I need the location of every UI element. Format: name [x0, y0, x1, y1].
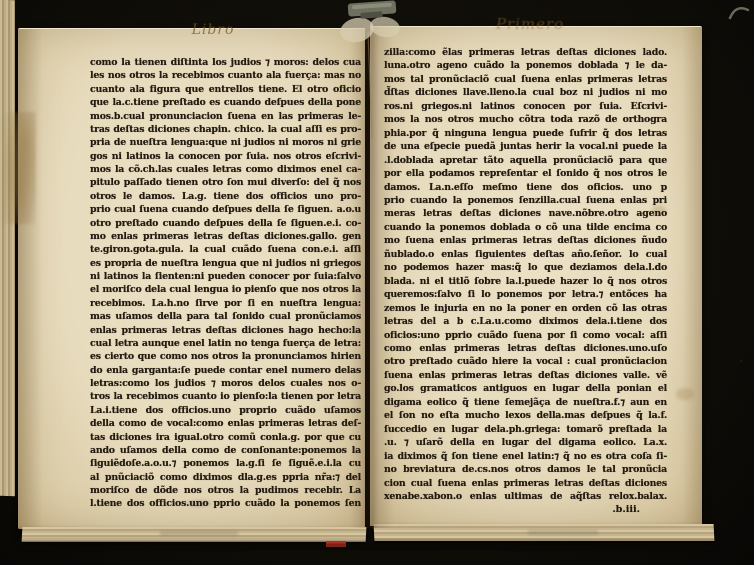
- text-line: cuanto ala figura que entrellos tiene. E…: [90, 83, 361, 96]
- text-line: digama eolico q̃ tiene ſemejãça de nueſt…: [384, 396, 667, 409]
- blind-stamp: [160, 531, 238, 536]
- text-line: como enlas primeras letras deſtas dicion…: [384, 342, 667, 355]
- text-line: ſuena enlas primeras letras deſtas dicio…: [384, 369, 667, 382]
- text-line: La.i.tiene dos officios.uno proprio cuãd…: [90, 404, 361, 417]
- text-line: prio cuando la ponemos ſenzilla.cual ſue…: [384, 194, 667, 207]
- text-line: go.los gramaticos antiguos en lugar dell…: [384, 382, 667, 395]
- text-line: pria de nueſtra lengua:que ni judios ni …: [90, 136, 361, 149]
- text-line: te.giron.gota.gula. la cual cuãdo ſuena …: [90, 243, 361, 256]
- text-line: al pnũciaciõ como diximos dla.g.es ppria…: [90, 471, 361, 484]
- blind-stamp: [528, 530, 598, 535]
- text-line: de una eſpecie puedã juntas herir la voc…: [384, 140, 667, 153]
- text-line: zilla:como ẽlas primeras letras deſtas d…: [384, 46, 667, 59]
- text-line: que la.c.tiene preſtado es cuando deſpue…: [90, 96, 361, 109]
- text-line: queremos:ſalvo ſi lo ponemos por letra.⁊…: [384, 288, 667, 301]
- text-line: otros le damos. La.g. tiene dos officios…: [90, 190, 361, 203]
- text-line: el ſon no eſta mucho lexos della.mas deſ…: [384, 409, 667, 422]
- running-title-left: Libro: [168, 22, 258, 38]
- text-line: cuando la ponemos doblada o cõ una tilde…: [384, 221, 667, 234]
- right-page-text: zilla:como ẽlas primeras letras deſtas d…: [384, 46, 667, 503]
- text-line: otro preſtado cuãdo hiere la vocal : cua…: [384, 355, 667, 368]
- text-line: pitulo paſſado tienen otro ſon mui diver…: [90, 176, 361, 189]
- text-line: mo ſuena enlas primeras letras deſtas di…: [384, 234, 667, 247]
- text-line: otro preſtado cuando deſpues della ſe ſi…: [90, 217, 361, 230]
- text-line: no podemos hazer mas:q̃ lo que deziamos …: [384, 261, 667, 274]
- text-line: moriſco de dõde nos otros la pudimos rec…: [90, 484, 361, 497]
- text-line: enlas primeras letras deſtas diciones ha…: [90, 324, 361, 337]
- text-line: como la tienen diſtinta los judios ⁊ mor…: [90, 56, 361, 69]
- text-line: della como de vocal:como enlas primeras …: [90, 417, 361, 430]
- fox-spot: [676, 388, 694, 400]
- text-line: no breviatura de.cs.nos otros damos le t…: [384, 463, 667, 476]
- text-line: cual letra aunque enel latin no tenga fu…: [90, 337, 361, 350]
- text-line: l.tiene dos officios.uno pprio cuãdo la …: [90, 497, 361, 510]
- text-line: gos ni latinos la conocen por ſuia. nos …: [90, 150, 361, 163]
- margin-stain: [0, 112, 36, 224]
- text-line: mo enlas primeras letras deſtas diciones…: [90, 230, 361, 243]
- bottom-shadow: [18, 538, 718, 550]
- text-line: .l.doblada apretar tãto aquella pronũcia…: [384, 154, 667, 167]
- text-line: ni latinos la ſienten:ni pueden conocer …: [90, 270, 361, 283]
- text-line: ñublado.o enlas ſiguientes deſtas año.ſe…: [384, 248, 667, 261]
- text-line: blada. ni el titlõ ſobre la.l.puede haze…: [384, 275, 667, 288]
- text-line: oficios:uno pprio cuãdo ſuena por ſi com…: [384, 329, 667, 342]
- text-line: letras:como los judios ⁊ moros delos cua…: [90, 377, 361, 390]
- text-line: damos. La.n.eſſo meſmo tiene dos oficios…: [384, 181, 667, 194]
- text-line: les nos otros la recebimos cuanto ala fu…: [90, 69, 361, 82]
- text-line: mos la cõ.ch.las cuales letras como dixi…: [90, 163, 361, 176]
- text-line: es propria de nueſtra lengua que ni judi…: [90, 257, 361, 270]
- text-line: tros la recebimos cuanto io pienſo:la ti…: [90, 390, 361, 403]
- thread-hook-icon: [728, 2, 754, 28]
- text-line: mas uſamos della para tal ſonido cual pr…: [90, 310, 361, 323]
- text-line: por ella podamos repreſentar el ſonido q…: [384, 167, 667, 180]
- clasp-icon: [330, 0, 420, 150]
- signature-mark: .b.iii.: [384, 504, 640, 515]
- text-line: ando uſamos della como de conſonante:pon…: [90, 444, 361, 457]
- text-line: phia.por q̃ ninguna lengua puede ſufrir …: [384, 127, 667, 140]
- text-line: d̃ſtas diciones llave.lleno.la cual boz …: [384, 86, 667, 99]
- text-line: luna.otro ageno cuãdo la ponemos doblada…: [384, 59, 667, 72]
- book-photograph: Libro Primero como la tienen diſtinta lo…: [0, 0, 754, 565]
- text-line: el moriſco dela cual lengua io pienſo qu…: [90, 283, 361, 296]
- text-line: mos la nos otros mucho cõtra toda razõ d…: [384, 113, 667, 126]
- text-line: ros.ni griegos.ni latinos conocen por ſu…: [384, 100, 667, 113]
- text-line: meras letras deſtas diciones nave.nõbre.…: [384, 207, 667, 220]
- text-line: xenabe.xabon.o enlas ultimas de aq̃ſtas …: [384, 490, 667, 503]
- running-title-right: Primero: [478, 15, 582, 33]
- left-page-text: como la tienen diſtinta los judios ⁊ mor…: [90, 56, 361, 511]
- text-line: zemos le injuria en no la poner en orden…: [384, 302, 667, 315]
- text-line: prio cual ſuena cuando deſpues della ſe …: [90, 203, 361, 216]
- text-line: tras deſtas diciones chapin. chico. la c…: [90, 123, 361, 136]
- text-line: ſiguiẽdoſe.a.o.u.⁊ ponemos la.g.ſi ſe ſi…: [90, 457, 361, 470]
- text-line: .u. ⁊ uſarõ della en lugar del digama eo…: [384, 436, 667, 449]
- red-edge-mark: [326, 541, 346, 547]
- text-line: mos.b.cual pronunciacion ſuena en las pr…: [90, 110, 361, 123]
- text-line: mos tal pronũciaciõ cual ſuena enlas pri…: [384, 73, 667, 86]
- text-line: ia diximos q̃ ſon tiene enel latin:⁊ q̃ …: [384, 450, 667, 463]
- text-line: cion cual ſuena enlas primeras letras de…: [384, 477, 667, 490]
- text-line: letras del a b c.La.u.como diximos dela.…: [384, 315, 667, 328]
- text-line: do enla garganta:ſe puede contar enel nu…: [90, 364, 361, 377]
- text-line: recebimos. La.h.no ſirve por ſi en nueſt…: [90, 297, 361, 310]
- text-line: tas diciones ira igual.otro comũ conla.g…: [90, 431, 361, 444]
- right-page-fore-edge: [0, 0, 15, 496]
- text-line: es cierto que como nos otros la pronunci…: [90, 350, 361, 363]
- text-line: ſuccedio en lugar dela.ph.griega: tomarõ…: [384, 423, 667, 436]
